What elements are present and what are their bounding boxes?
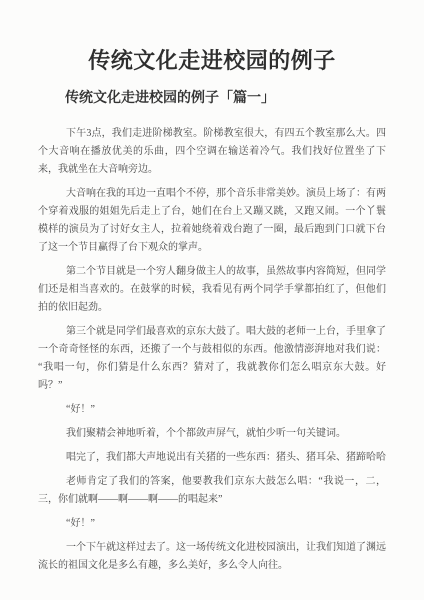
dialogue-line-2: “好！” bbox=[38, 515, 386, 533]
paragraph-2: 大音响在我的耳边一直唱个不停，那个音乐非常美妙。演员上场了：有两个穿着戏服的姐姐… bbox=[38, 185, 386, 257]
paragraph-1: 下午3点，我们走进阶梯教室。阶梯教室很大，有四五个教室那么大。四个大音响在播放优… bbox=[38, 125, 386, 179]
document-body: 下午3点，我们走进阶梯教室。阶梯教室很大，有四五个教室那么大。四个大音响在播放优… bbox=[38, 125, 386, 575]
dialogue-line-1: “好！” bbox=[38, 401, 386, 419]
document-title: 传统文化走进校园的例子 bbox=[38, 46, 386, 76]
paragraph-3: 第二个节目就是一个穷人翻身做主人的故事，虽然故事内容简短，但同学们还是相当喜欢的… bbox=[38, 263, 386, 317]
paragraph-8: 老师肯定了我们的答案，他要教我们京东大鼓怎么唱：“我说一，二，三，你们就啊——啊… bbox=[38, 473, 386, 509]
paragraph-4: 第三个就是同学们最喜欢的京东大鼓了。唱大鼓的老师一上台，手里拿了一个奇奇怪怪的东… bbox=[38, 323, 386, 395]
paragraph-7: 唱完了，我们都大声地说出有关猪的一些东西：猪头、猪耳朵、猪蹄哈哈 bbox=[38, 449, 386, 467]
paragraph-10: 一个下午就这样过去了。这一场传统文化进校园演出，让我们知道了渊远流长的祖国文化是… bbox=[38, 539, 386, 575]
paragraph-6: 我们聚精会神地听着，个个都敛声屏气，就怕少听一句关键词。 bbox=[38, 425, 386, 443]
document-page: 传统文化走进校园的例子 传统文化走进校园的例子「篇一」 下午3点，我们走进阶梯教… bbox=[0, 0, 424, 600]
section-heading: 传统文化走进校园的例子「篇一」 bbox=[38, 89, 386, 109]
